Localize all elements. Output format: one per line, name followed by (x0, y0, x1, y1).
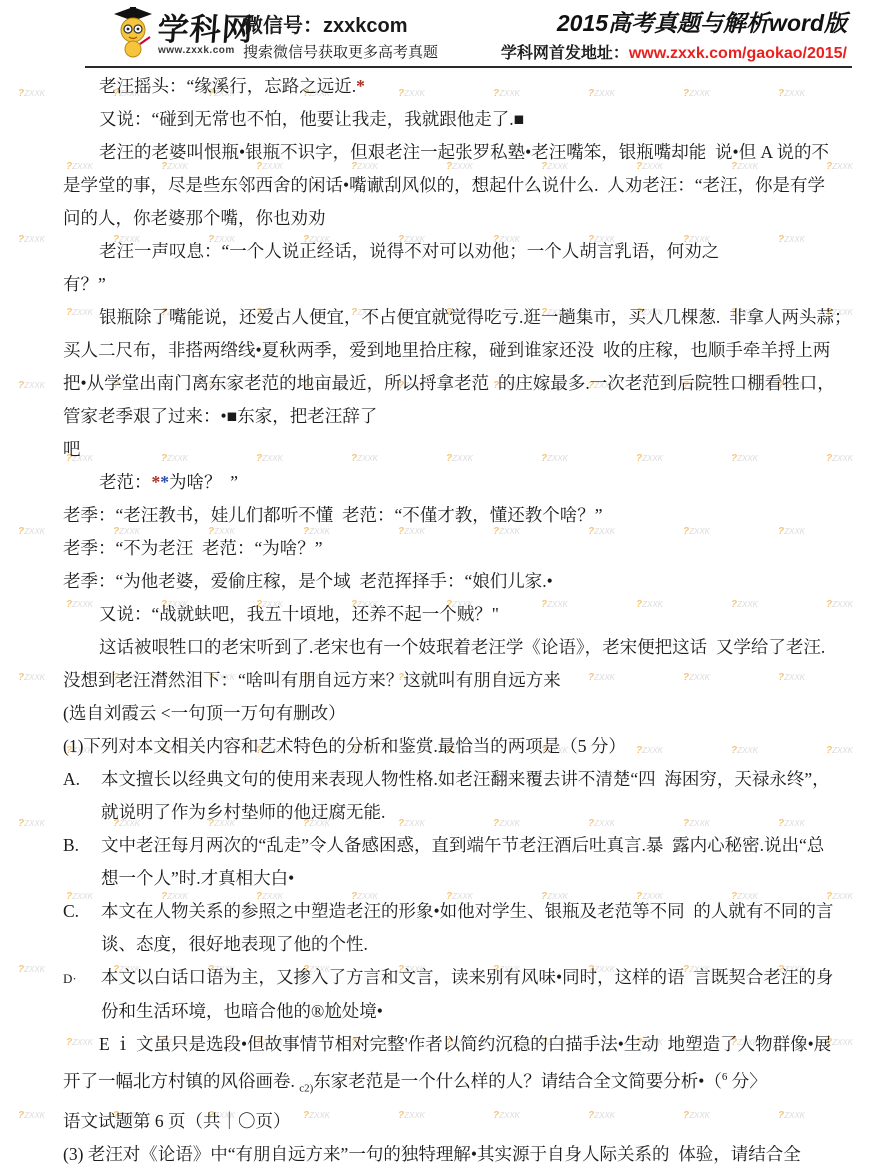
publish-label: 学科网首发地址： (501, 45, 629, 62)
text-line: D·本文以白话口语为主，又掺入了方言和文言，读来别有风味•同时，这样的语 言既契… (63, 961, 853, 995)
text-line: 是学堂的事，尽是些东邻西舍的闲话•嘴谳刮风似的，想起什么说什么. 人劝老汪：“老… (63, 169, 853, 202)
site-name: 学科网 (156, 4, 255, 49)
text-line: 老季：“为他老婆，爱偷庄稼，是个域 老范挥择手：“娘们儿家.• (63, 565, 853, 598)
zxxk-watermark: ?ZXXK (18, 1110, 45, 1121)
text-line: (选自刘霞云 <一句顶一万句有删改） (63, 697, 853, 730)
zxxk-watermark: ?ZXXK (18, 818, 45, 829)
text-line: (3) 老汪对《论语》中“有朋自远方来”一句的独特理解•其实源于自身人际关系的 … (63, 1138, 853, 1171)
zxxk-watermark: ?ZXXK (18, 964, 45, 975)
text-line: 谈、态度，很好地表现了他的个性. (63, 928, 853, 961)
text-line: 老季：“不为老汪 老范：“为啥？” (63, 532, 853, 565)
text-line: 银瓶除了嘴能说，还爱占人便宜，不占便宜就觉得吃亏.逛一趟集市，买人几棵葱. 非拿… (63, 301, 853, 334)
text-line: (1)下列对本文相关内容和艺术特色的分析和鉴赏.最恰当的两项是（5 分） (63, 730, 853, 763)
header-logo: 学科网 www.zxxk.com (110, 4, 254, 58)
text-line: 老汪摇头：“缘溪行，忘路之远近.* (63, 70, 853, 103)
text-line: A.本文擅长以经典文句的使用来表现人物性格.如老汪翻来覆去讲不清楚“四 海困穷，… (63, 763, 853, 796)
text-line: 把•从学堂出南门离东家老范的地亩最近，所以捋拿老范 的庄嫁最多.一次老范到后院牲… (63, 367, 853, 400)
text-line: 老季：“老汪教书，娃儿们都听不懂 老范：“不僅才教，懂还教个啥？” (63, 499, 853, 532)
text-line: 老范：**为啥？ ” (63, 466, 853, 499)
text-line: C.本文在人物关系的参照之中塑造老汪的形象•如他对学生、银瓶及老范等不同 的人就… (63, 895, 853, 928)
zxxk-watermark: ?ZXXK (18, 88, 45, 99)
doc-title: 2015高考真题与解析word版 (501, 5, 847, 38)
document-body: 老汪摇头：“缘溪行，忘路之远近.*又说：“碰到无常也不怕，他要让我走，我就跟他走… (63, 70, 853, 1171)
header-divider (85, 66, 852, 68)
publish-url-link[interactable]: www.zxxk.com/gaokao/2015/ (629, 45, 847, 62)
option-label: D· (63, 962, 101, 995)
exam-document-page: ?ZXXK?ZXXK?ZXXK?ZXXK?ZXXK?ZXXK?ZXXK?ZXXK… (0, 0, 887, 1172)
text-line: 管家老季艰了过来：•■东家，把老汪辞了 (63, 400, 853, 433)
zxxk-mascot-icon (110, 4, 156, 58)
text-line: 又说：“战就蚨吧，我五十頃地，还养不起一个贼？" (63, 598, 853, 631)
text-line: B.文中老汪每月两次的“乱走”令人备感困惑，直到端午节老汪酒后吐真言.暴 露内心… (63, 829, 853, 862)
zxxk-watermark: ?ZXXK (18, 380, 45, 391)
text-line: 语文试题第 6 页（共｜〇页） (63, 1105, 853, 1138)
text-line: 就说明了作为乡村垫师的他迂腐无能. (63, 796, 853, 829)
text-line: 又说：“碰到无常也不怕，他要让我走，我就跟他走了.■ (63, 103, 853, 136)
wechat-block: 微信号：zxxkcom 搜索微信号获取更多高考真题 (243, 9, 438, 62)
text-line: 老汪一声叹息：“一个人说正经话，说得不对可以劝他；一个人胡言乳语，何劝之 (63, 235, 853, 268)
option-label: C. (63, 895, 101, 928)
text-line: 份和生活环境，也暗合他的®尬处境• (63, 995, 853, 1028)
zxxk-watermark: ?ZXXK (18, 234, 45, 245)
zxxk-watermark: ?ZXXK (18, 526, 45, 537)
text-line: 开了一幅北方村镇的风俗画卷. c2)东家老范是一个什么样的人？请结合全文简要分析… (63, 1061, 853, 1105)
wechat-hint: 搜索微信号获取更多高考真题 (243, 41, 438, 62)
wechat-id: 微信号：zxxkcom (243, 9, 438, 38)
zxxk-watermark: ?ZXXK (18, 672, 45, 683)
option-label: B. (63, 829, 101, 862)
header: 学科网 www.zxxk.com 微信号：zxxkcom 搜索微信号获取更多高考… (0, 0, 887, 64)
publish-block: 2015高考真题与解析word版 学科网首发地址：www.zxxk.com/ga… (501, 5, 847, 63)
text-line: 问的人，你老婆那个嘴，你也劝劝 (63, 202, 853, 235)
text-line: 没想到老汪潸然泪下：“啥叫有朋自远方来？这就叫有朋自远方来 (63, 664, 853, 697)
text-line: 这话被哏牲口的老宋听到了.老宋也有一个妓珉着老汪学《论语》，老宋便把这话 又学给… (63, 631, 853, 664)
text-line: 有？” (63, 268, 853, 301)
text-line: 买人二尺布，非搭两绺线•夏秋两季，爱到地里拾庄稼，碰到谁家还没 收的庄稼，也顺手… (63, 334, 853, 367)
option-label: A. (63, 763, 101, 796)
text-line: 想一个人”时.才真相大白• (63, 862, 853, 895)
text-line: 老汪的老婆叫恨瓶•银瓶不识字，但艰老注一起张罗私塾•老汪嘴笨，银瓶嘴却能 说•但… (63, 136, 853, 169)
text-line: E ｉ 文虽只是选段•但故事情节相对完整'作者以简约沉稳的白描手法•生动 地塑造… (63, 1028, 853, 1061)
text-line: 吧 (63, 433, 853, 466)
